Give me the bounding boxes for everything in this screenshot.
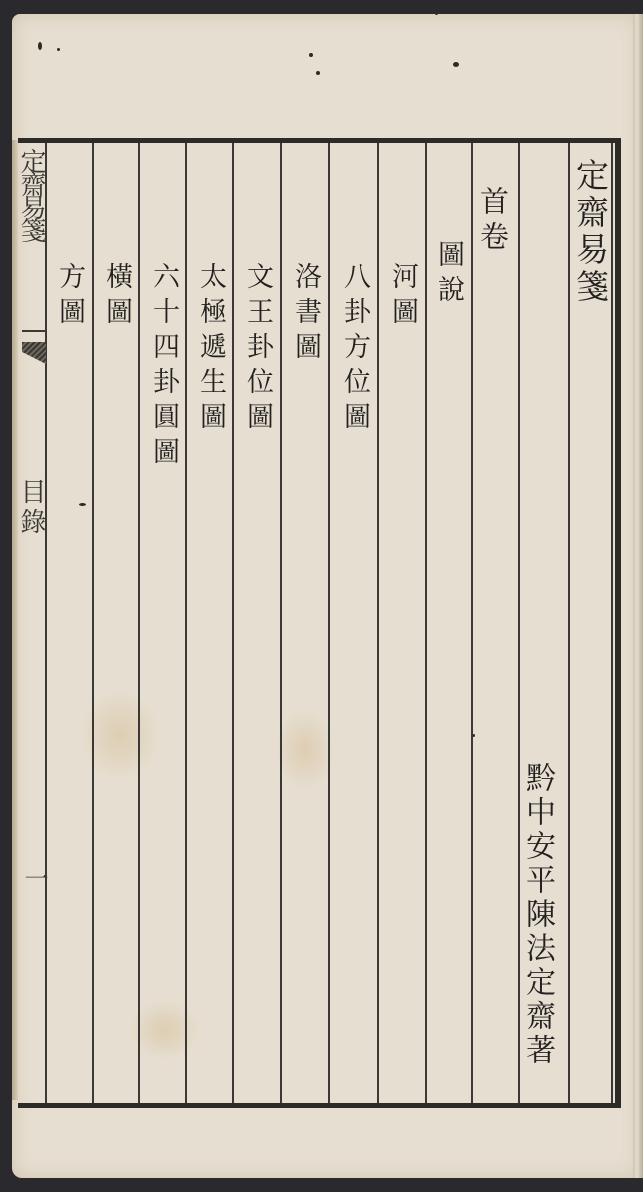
toc-entry: 方圖 [56,262,83,332]
toc-entry: 洛書圖 [292,262,319,367]
spine-page-number: 一 [22,866,46,892]
page-edge [633,14,643,1178]
spine-book-title: 定齋易箋 [18,148,44,240]
toc-entry: 六十四卦圓圖 [150,262,177,472]
ink-speck [309,53,313,57]
column-divider [92,143,94,1103]
column-divider [280,143,282,1103]
toc-entry: 文王卦位圖 [244,262,271,437]
volume-heading: 首卷 [478,186,507,256]
column-divider [138,143,140,1103]
toc-entry: 河圖 [389,262,416,332]
column-divider [232,143,234,1103]
inner-border-line [611,143,613,1103]
toc-entry: 太極遞生圖 [197,262,224,437]
author-line: 黔中安平陳法定齋著 [522,762,552,1068]
column-divider [425,143,427,1103]
ink-speck [435,12,438,15]
column-divider [328,143,330,1103]
toc-entry: 橫圖 [103,262,130,332]
column-divider [45,143,47,1103]
column-divider [471,143,473,1103]
column-divider [568,143,570,1103]
section-label: 圖說 [435,240,462,310]
ink-speck [453,62,459,67]
toc-entry: 八卦方位圖 [341,262,368,437]
ink-speck [57,48,60,51]
book-title: 定齋易箋 [574,158,607,306]
ink-speck [38,42,42,50]
column-divider [185,143,187,1103]
ink-speck [316,71,320,75]
spine-rule [22,330,46,332]
spine-section-label: 目錄 [18,478,44,538]
column-divider [377,143,379,1103]
